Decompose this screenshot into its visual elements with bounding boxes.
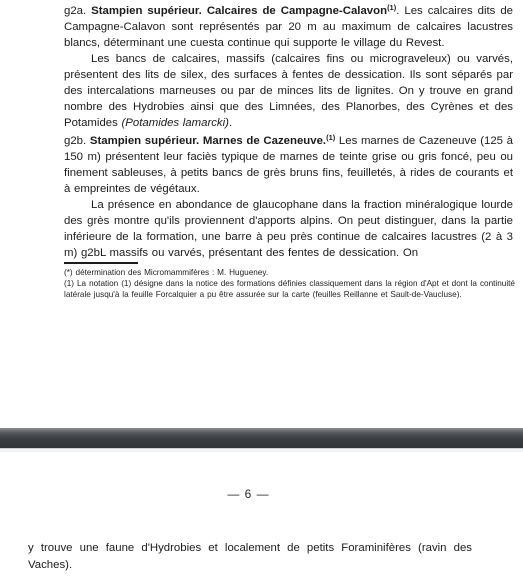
- footnote: (*) détermination des Micromammifères : …: [64, 268, 515, 279]
- text-segment: g2b.: [64, 135, 90, 147]
- scanned-document-viewport: g2a. Stampien supérieur. Calcaires de Ca…: [0, 0, 523, 577]
- text-segment: La présence en abondance de glaucophane …: [64, 199, 513, 259]
- footnote-separator: [64, 262, 138, 264]
- footnotes: (*) détermination des Micromammifères : …: [64, 268, 515, 301]
- text-segment: (Potamides lamarcki): [121, 117, 228, 129]
- paragraph: g2a. Stampien supérieur. Calcaires de Ca…: [64, 3, 513, 51]
- continuation-text: y trouve une faune d'Hydrobies et locale…: [28, 540, 472, 574]
- paragraph: Les bancs de calcaires, massifs (calcair…: [64, 51, 513, 131]
- text-segment: (1): [387, 3, 396, 12]
- paragraph: g2b. Stampien supérieur. Marnes de Cazen…: [64, 133, 513, 197]
- footnote: (1) La notation (1) désigne dans la noti…: [64, 279, 515, 300]
- text-segment: Stampien supérieur. Calcaires de Campagn…: [91, 5, 387, 17]
- text-segment: g2a.: [64, 5, 91, 17]
- page-divider-shadow: [0, 449, 523, 452]
- text-segment: Stampien supérieur. Marnes de Cazeneuve.: [90, 135, 326, 147]
- page-divider-bar: [0, 428, 523, 449]
- text-segment: .: [229, 117, 232, 129]
- text-segment: (1): [326, 133, 335, 142]
- paragraph: La présence en abondance de glaucophane …: [64, 197, 513, 261]
- page-number: — 6 —: [0, 487, 497, 501]
- body-paragraphs: g2a. Stampien supérieur. Calcaires de Ca…: [64, 3, 513, 261]
